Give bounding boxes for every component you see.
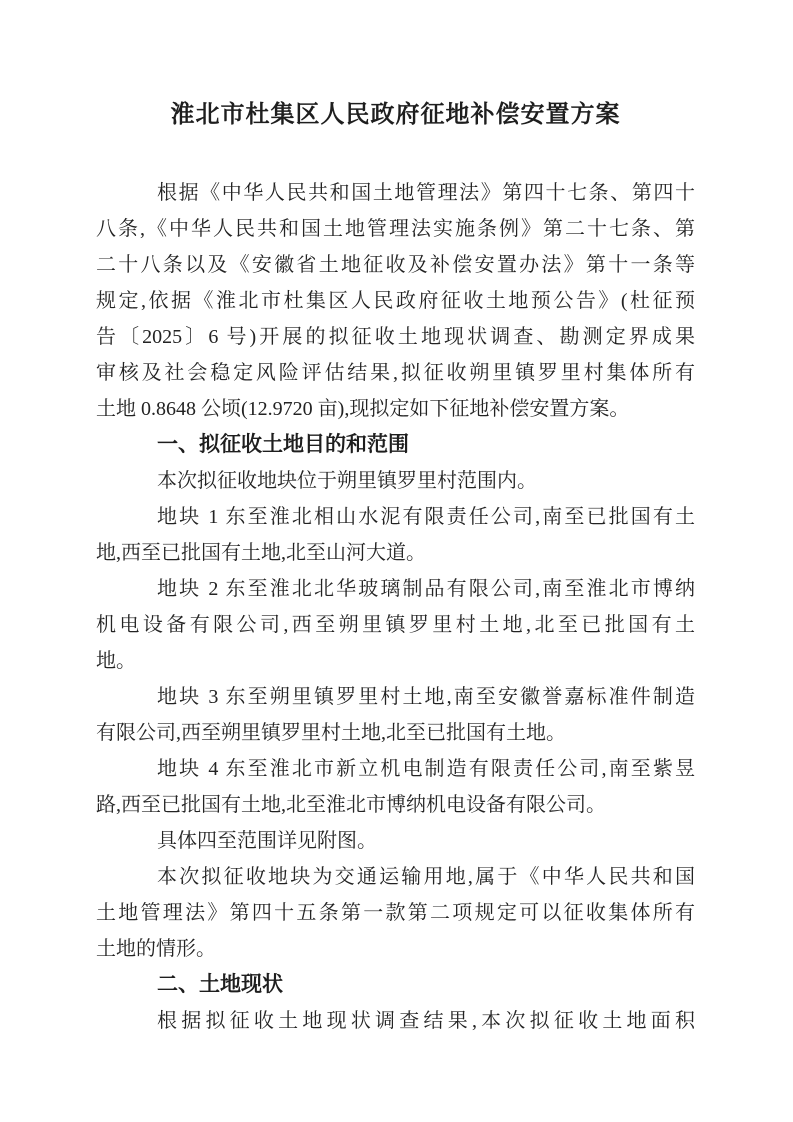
- paragraph-line: 地。: [96, 643, 695, 679]
- paragraph-line: 地块 2 东至淮北北华玻璃制品有限公司,南至淮北市博纳: [96, 571, 695, 607]
- paragraph-line: 地,西至已批国有土地,北至山河大道。: [96, 535, 695, 571]
- paragraph-line: 规定,依据《淮北市杜集区人民政府征收土地预公告》(杜征预: [96, 283, 695, 319]
- paragraph-line: 本次拟征收地块为交通运输用地,属于《中华人民共和国: [96, 859, 695, 895]
- paragraph-line: 有限公司,西至朔里镇罗里村土地,北至已批国有土地。: [96, 715, 695, 751]
- paragraph-line: 机电设备有限公司,西至朔里镇罗里村土地,北至已批国有土: [96, 607, 695, 643]
- document-page: 淮北市杜集区人民政府征地补偿安置方案 根据《中华人民共和国土地管理法》第四十七条…: [0, 0, 793, 1122]
- document-body: 根据《中华人民共和国土地管理法》第四十七条、第四十八条,《中华人民共和国土地管理…: [96, 175, 695, 1039]
- paragraph-line: 土地 0.8648 公顷(12.9720 亩),现拟定如下征地补偿安置方案。: [96, 391, 695, 427]
- paragraph-line: 二十八条以及《安徽省土地征收及补偿安置办法》第十一条等: [96, 247, 695, 283]
- paragraph-line: 八条,《中华人民共和国土地管理法实施条例》第二十七条、第: [96, 211, 695, 247]
- paragraph-line: 根据拟征收土地现状调查结果,本次拟征收土地面积: [96, 1003, 695, 1039]
- paragraph-line: 土地的情形。: [96, 931, 695, 967]
- paragraph-line: 审核及社会稳定风险评估结果,拟征收朔里镇罗里村集体所有: [96, 355, 695, 391]
- paragraph-line: 路,西至已批国有土地,北至淮北市博纳机电设备有限公司。: [96, 787, 695, 823]
- paragraph-line: 土地管理法》第四十五条第一款第二项规定可以征收集体所有: [96, 895, 695, 931]
- paragraph-line: 本次拟征收地块位于朔里镇罗里村范围内。: [96, 463, 695, 499]
- paragraph-line: 地块 1 东至淮北相山水泥有限责任公司,南至已批国有土: [96, 499, 695, 535]
- paragraph-line: 告〔2025〕6 号)开展的拟征收土地现状调查、勘测定界成果: [96, 319, 695, 355]
- paragraph-line: 根据《中华人民共和国土地管理法》第四十七条、第四十: [96, 175, 695, 211]
- document-title: 淮北市杜集区人民政府征地补偿安置方案: [96, 100, 695, 130]
- paragraph-line: 地块 4 东至淮北市新立机电制造有限责任公司,南至紫昱: [96, 751, 695, 787]
- section-heading-text: 二、土地现状: [96, 967, 695, 1003]
- section-heading-text: 一、拟征收土地目的和范围: [96, 427, 695, 463]
- paragraph-line: 地块 3 东至朔里镇罗里村土地,南至安徽誉嘉标准件制造: [96, 679, 695, 715]
- paragraph-line: 具体四至范围详见附图。: [96, 823, 695, 859]
